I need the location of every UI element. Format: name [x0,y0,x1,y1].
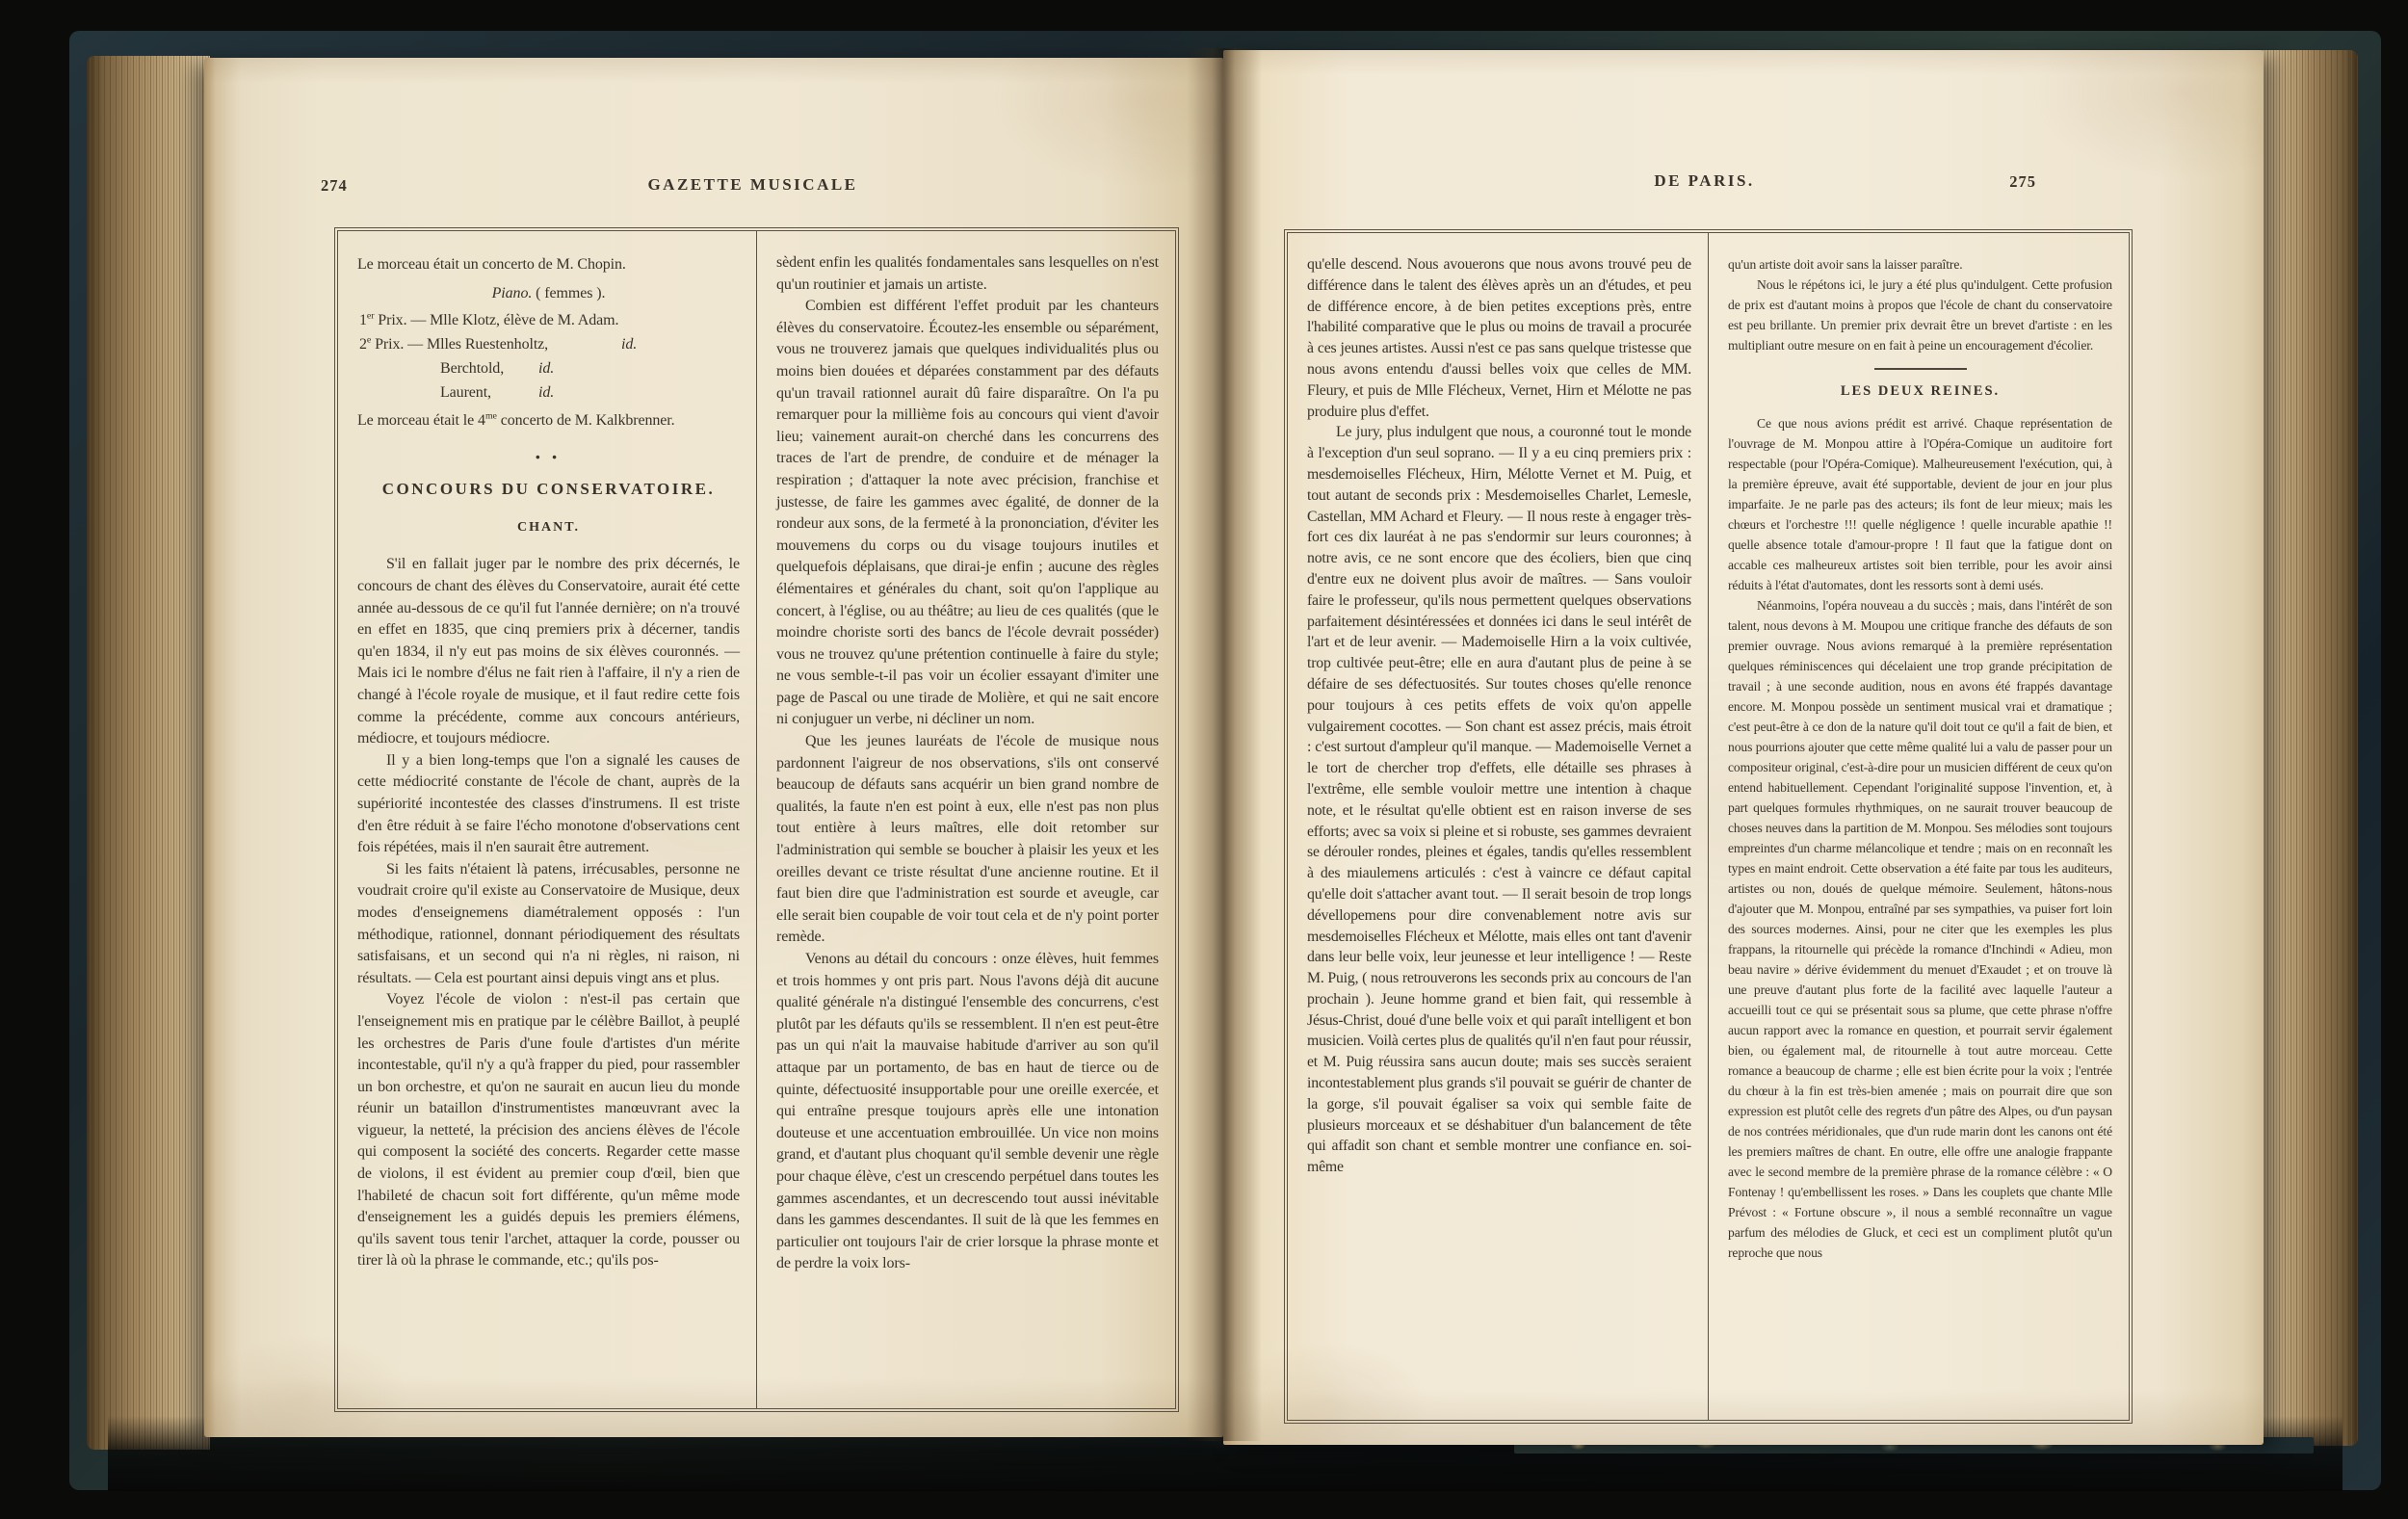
paragraph: Néanmoins, l'opéra nouveau a du succès ;… [1728,595,2112,1263]
left-page: 274 GAZETTE MUSICALE Le morceau était un… [204,58,1223,1437]
prize-label-rest: Prix. — Mlle Klotz, élève de M. Adam. [374,312,618,328]
paragraph: Si les faits n'étaient là patens, irrécu… [357,859,740,990]
prize-id-value: id. [538,358,554,380]
right-page-column-1: qu'elle descend. Nous avouerons que nous… [1288,233,1708,1420]
right-page: DE PARIS. 275 qu'elle descend. Nous avou… [1223,50,2264,1445]
closing-line-rest: concerto de M. Kalkbrenner. [497,412,675,429]
left-page-header: 274 GAZETTE MUSICALE [334,175,1171,202]
section-divider-rule [1874,368,1967,370]
paragraph: qu'un artiste doit avoir sans la laisser… [1728,254,2112,275]
prize-label: 2 [359,336,367,353]
paragraph: Nous le répétons ici, le jury a été plus… [1728,275,2112,355]
section-subheading: CHANT. [357,517,740,539]
fore-edge-page-stack-right [2256,50,2358,1446]
prize-label: 1 [359,312,367,328]
section-heading: CONCOURS DU CONSERVATOIRE. [357,479,740,501]
page-number: 275 [2009,172,2036,192]
prize-row: 2e Prix. — Mlles Ruestenholtz,id. [357,334,740,356]
prize-row: 1er Prix. — Mlle Klotz, élève de M. Adam… [357,310,740,332]
left-page-column-2: sèdent enfin les qualités fondamentales … [756,231,1175,1408]
paragraph: Le jury, plus indulgent que nous, a cour… [1307,422,1691,1178]
prize-row: Laurent,id. [357,382,740,405]
running-title: DE PARIS. [1654,171,1754,190]
prize-id-value: id. [538,382,554,405]
piano-heading-italic: Piano. [492,285,533,301]
closing-line-pre: Le morceau était le 4 [357,412,485,429]
page-number: 274 [321,176,348,196]
text-frame: Le morceau était un concerto de M. Chopi… [334,227,1179,1412]
prize-id-value: id. [621,334,637,356]
paragraph: Combien est différent l'effet produit pa… [776,296,1159,731]
prize-label-rest: Berchtold, [440,360,504,377]
paragraph: Il y a bien long-temps que l'on a signal… [357,750,740,859]
closing-line-sup: me [485,411,497,422]
paragraph: S'il en fallait juger par le nombre des … [357,554,740,749]
book: 274 GAZETTE MUSICALE Le morceau était un… [69,31,2381,1490]
closing-line: Le morceau était le 4me concerto de M. K… [357,410,740,432]
printer-ornament-icon: ● ● [357,446,740,468]
left-page-column-1: Le morceau était un concerto de M. Chopi… [338,231,756,1408]
prize-label-rest: Prix. — Mlles Ruestenholtz, [371,336,548,353]
right-page-column-2: qu'un artiste doit avoir sans la laisser… [1708,233,2129,1420]
section-heading: LES DEUX REINES. [1728,381,2112,402]
prize-row: Berchtold,id. [357,358,740,380]
paragraph: qu'elle descend. Nous avouerons que nous… [1307,254,1691,422]
paragraph: Voyez l'école de violon : n'est-il pas c… [357,989,740,1272]
prize-label-rest: Laurent, [440,384,491,401]
running-title: GAZETTE MUSICALE [647,175,857,194]
intro-line: Le morceau était un concerto de M. Chopi… [357,254,740,276]
paragraph: Venons au détail du concours : onze élèv… [776,949,1159,1275]
paragraph: sèdent enfin les qualités fondamentales … [776,252,1159,296]
piano-heading: Piano. ( femmes ). [357,283,740,305]
fore-edge-page-stack-left [87,56,210,1450]
paragraph: Que les jeunes lauréats de l'école de mu… [776,731,1159,949]
text-frame: qu'elle descend. Nous avouerons que nous… [1284,229,2133,1424]
right-page-header: DE PARIS. 275 [1284,171,2125,198]
piano-heading-rest: ( femmes ). [532,285,605,301]
paragraph: Ce que nous avions prédit est arrivé. Ch… [1728,413,2112,595]
